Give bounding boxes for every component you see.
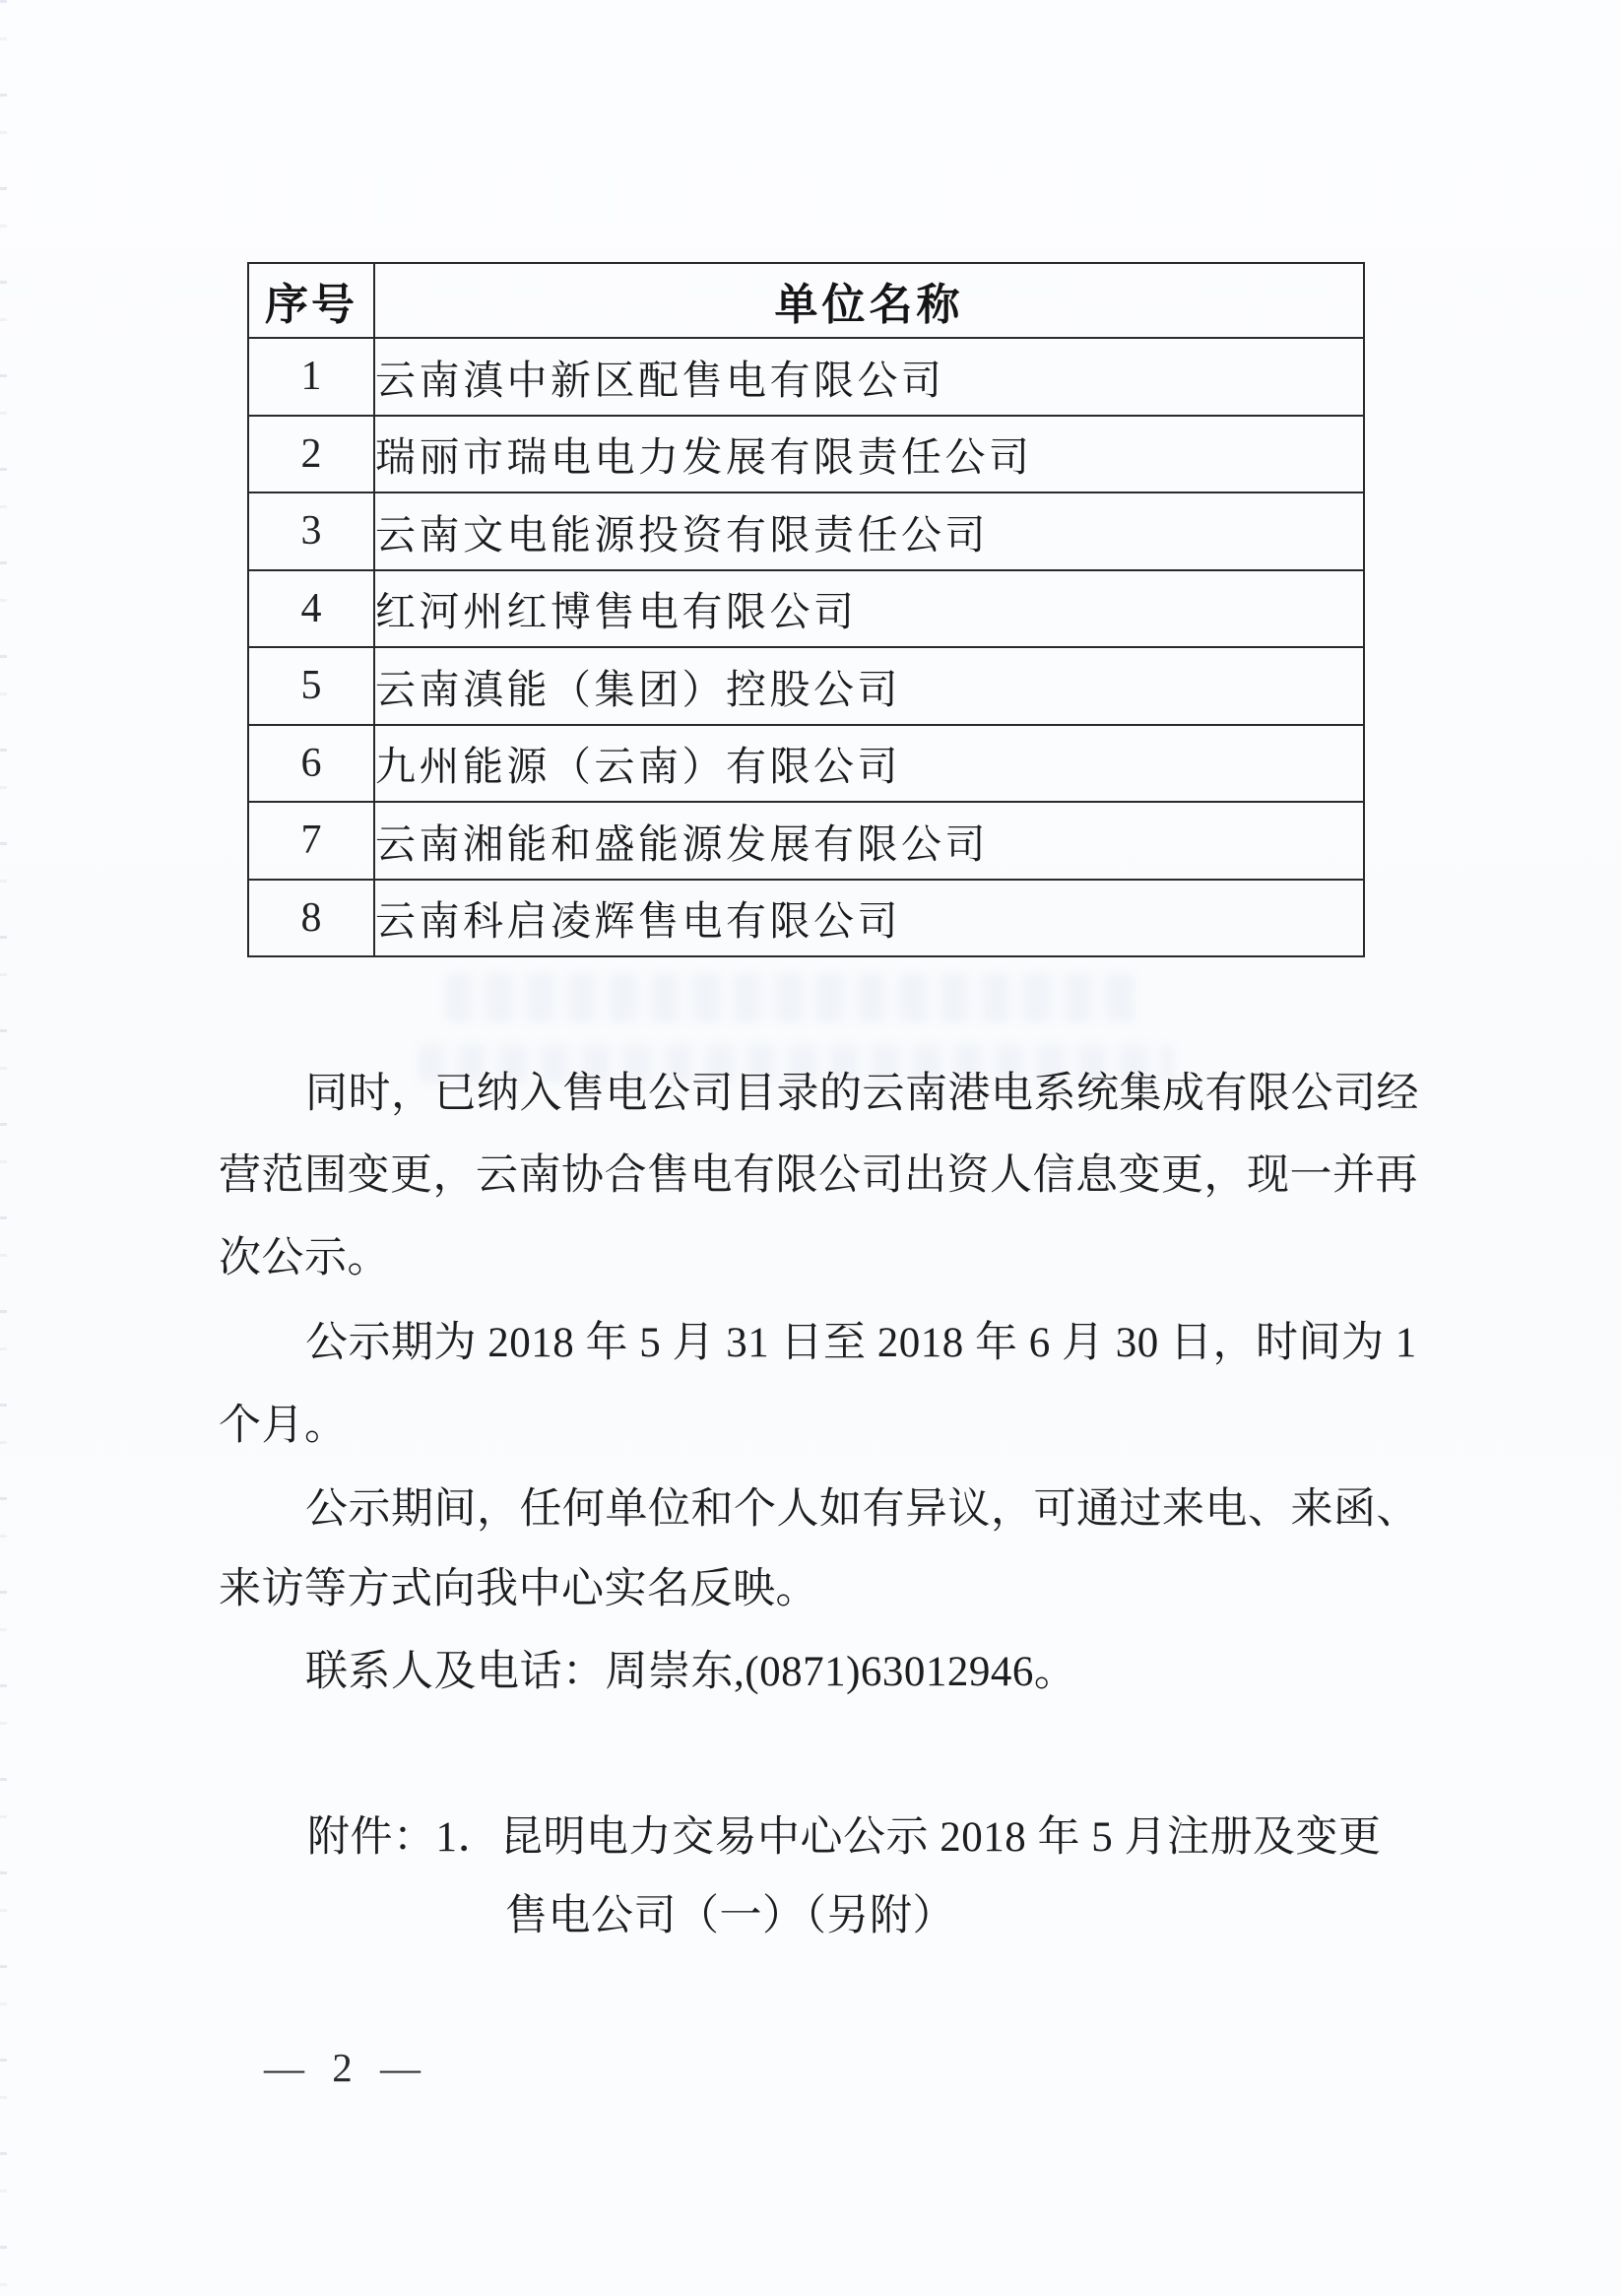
company-name: 云南文电能源投资有限责任公司 [374, 492, 1364, 570]
attachment-line: 附件：1．昆明电力交易中心公示 2018 年 5 月注册及变更 [307, 1816, 1382, 1859]
document-page: 序号 单位名称 1 云南滇中新区配售电有限公司 2 瑞丽市瑞电电力发展有限责任公… [0, 0, 1621, 2296]
bleed-through-ghost [445, 973, 1140, 1022]
paragraph-line: 次公示。 [219, 1237, 390, 1279]
paragraph-line: 公示期为 2018 年 5 月 31 日至 2018 年 6 月 30 日，时间… [305, 1322, 1417, 1364]
companies-table-wrap: 序号 单位名称 1 云南滇中新区配售电有限公司 2 瑞丽市瑞电电力发展有限责任公… [247, 262, 1365, 957]
row-number: 4 [248, 570, 374, 648]
row-number: 6 [248, 725, 374, 803]
company-name: 瑞丽市瑞电电力发展有限责任公司 [374, 416, 1364, 493]
table-row: 5 云南滇能（集团）控股公司 [248, 647, 1364, 725]
company-name: 云南滇能（集团）控股公司 [374, 647, 1364, 725]
company-name: 云南滇中新区配售电有限公司 [374, 338, 1364, 416]
table-row: 7 云南湘能和盛能源发展有限公司 [248, 802, 1364, 880]
scan-edge-artifacts [0, 0, 7, 2296]
table-row: 1 云南滇中新区配售电有限公司 [248, 338, 1364, 416]
company-name: 云南科启凌辉售电有限公司 [374, 880, 1364, 957]
table-row: 6 九州能源（云南）有限公司 [248, 725, 1364, 803]
paragraph-line: 公示期间，任何单位和个人如有异议，可通过来电、来函、 [305, 1488, 1419, 1531]
col-header-name: 单位名称 [374, 263, 1364, 338]
table-header-row: 序号 单位名称 [248, 263, 1364, 338]
paragraph-line: 个月。 [219, 1405, 348, 1447]
company-name: 九州能源（云南）有限公司 [374, 725, 1364, 803]
row-number: 3 [248, 492, 374, 570]
paragraph-line: 同时，已纳入售电公司目录的云南港电系统集成有限公司经 [305, 1073, 1419, 1115]
row-number: 8 [248, 880, 374, 957]
table-row: 2 瑞丽市瑞电电力发展有限责任公司 [248, 416, 1364, 493]
row-number: 7 [248, 802, 374, 880]
company-name: 红河州红博售电有限公司 [374, 570, 1364, 648]
page-number: — 2 — [264, 2048, 429, 2088]
attachment-line: 售电公司（一）（另附） [505, 1895, 955, 1937]
company-name: 云南湘能和盛能源发展有限公司 [374, 802, 1364, 880]
table-row: 3 云南文电能源投资有限责任公司 [248, 492, 1364, 570]
row-number: 5 [248, 647, 374, 725]
paragraph-line: 营范围变更，云南协合售电有限公司出资人信息变更，现一并再 [219, 1154, 1418, 1197]
col-header-seq: 序号 [248, 263, 374, 338]
companies-table: 序号 单位名称 1 云南滇中新区配售电有限公司 2 瑞丽市瑞电电力发展有限责任公… [247, 262, 1365, 957]
row-number: 2 [248, 416, 374, 493]
row-number: 1 [248, 338, 374, 416]
table-row: 4 红河州红博售电有限公司 [248, 570, 1364, 648]
paragraph-line: 联系人及电话：周崇东,(0871)63012946。 [305, 1651, 1076, 1693]
paragraph-line: 来访等方式向我中心实名反映。 [219, 1568, 818, 1610]
table-row: 8 云南科启凌辉售电有限公司 [248, 880, 1364, 957]
